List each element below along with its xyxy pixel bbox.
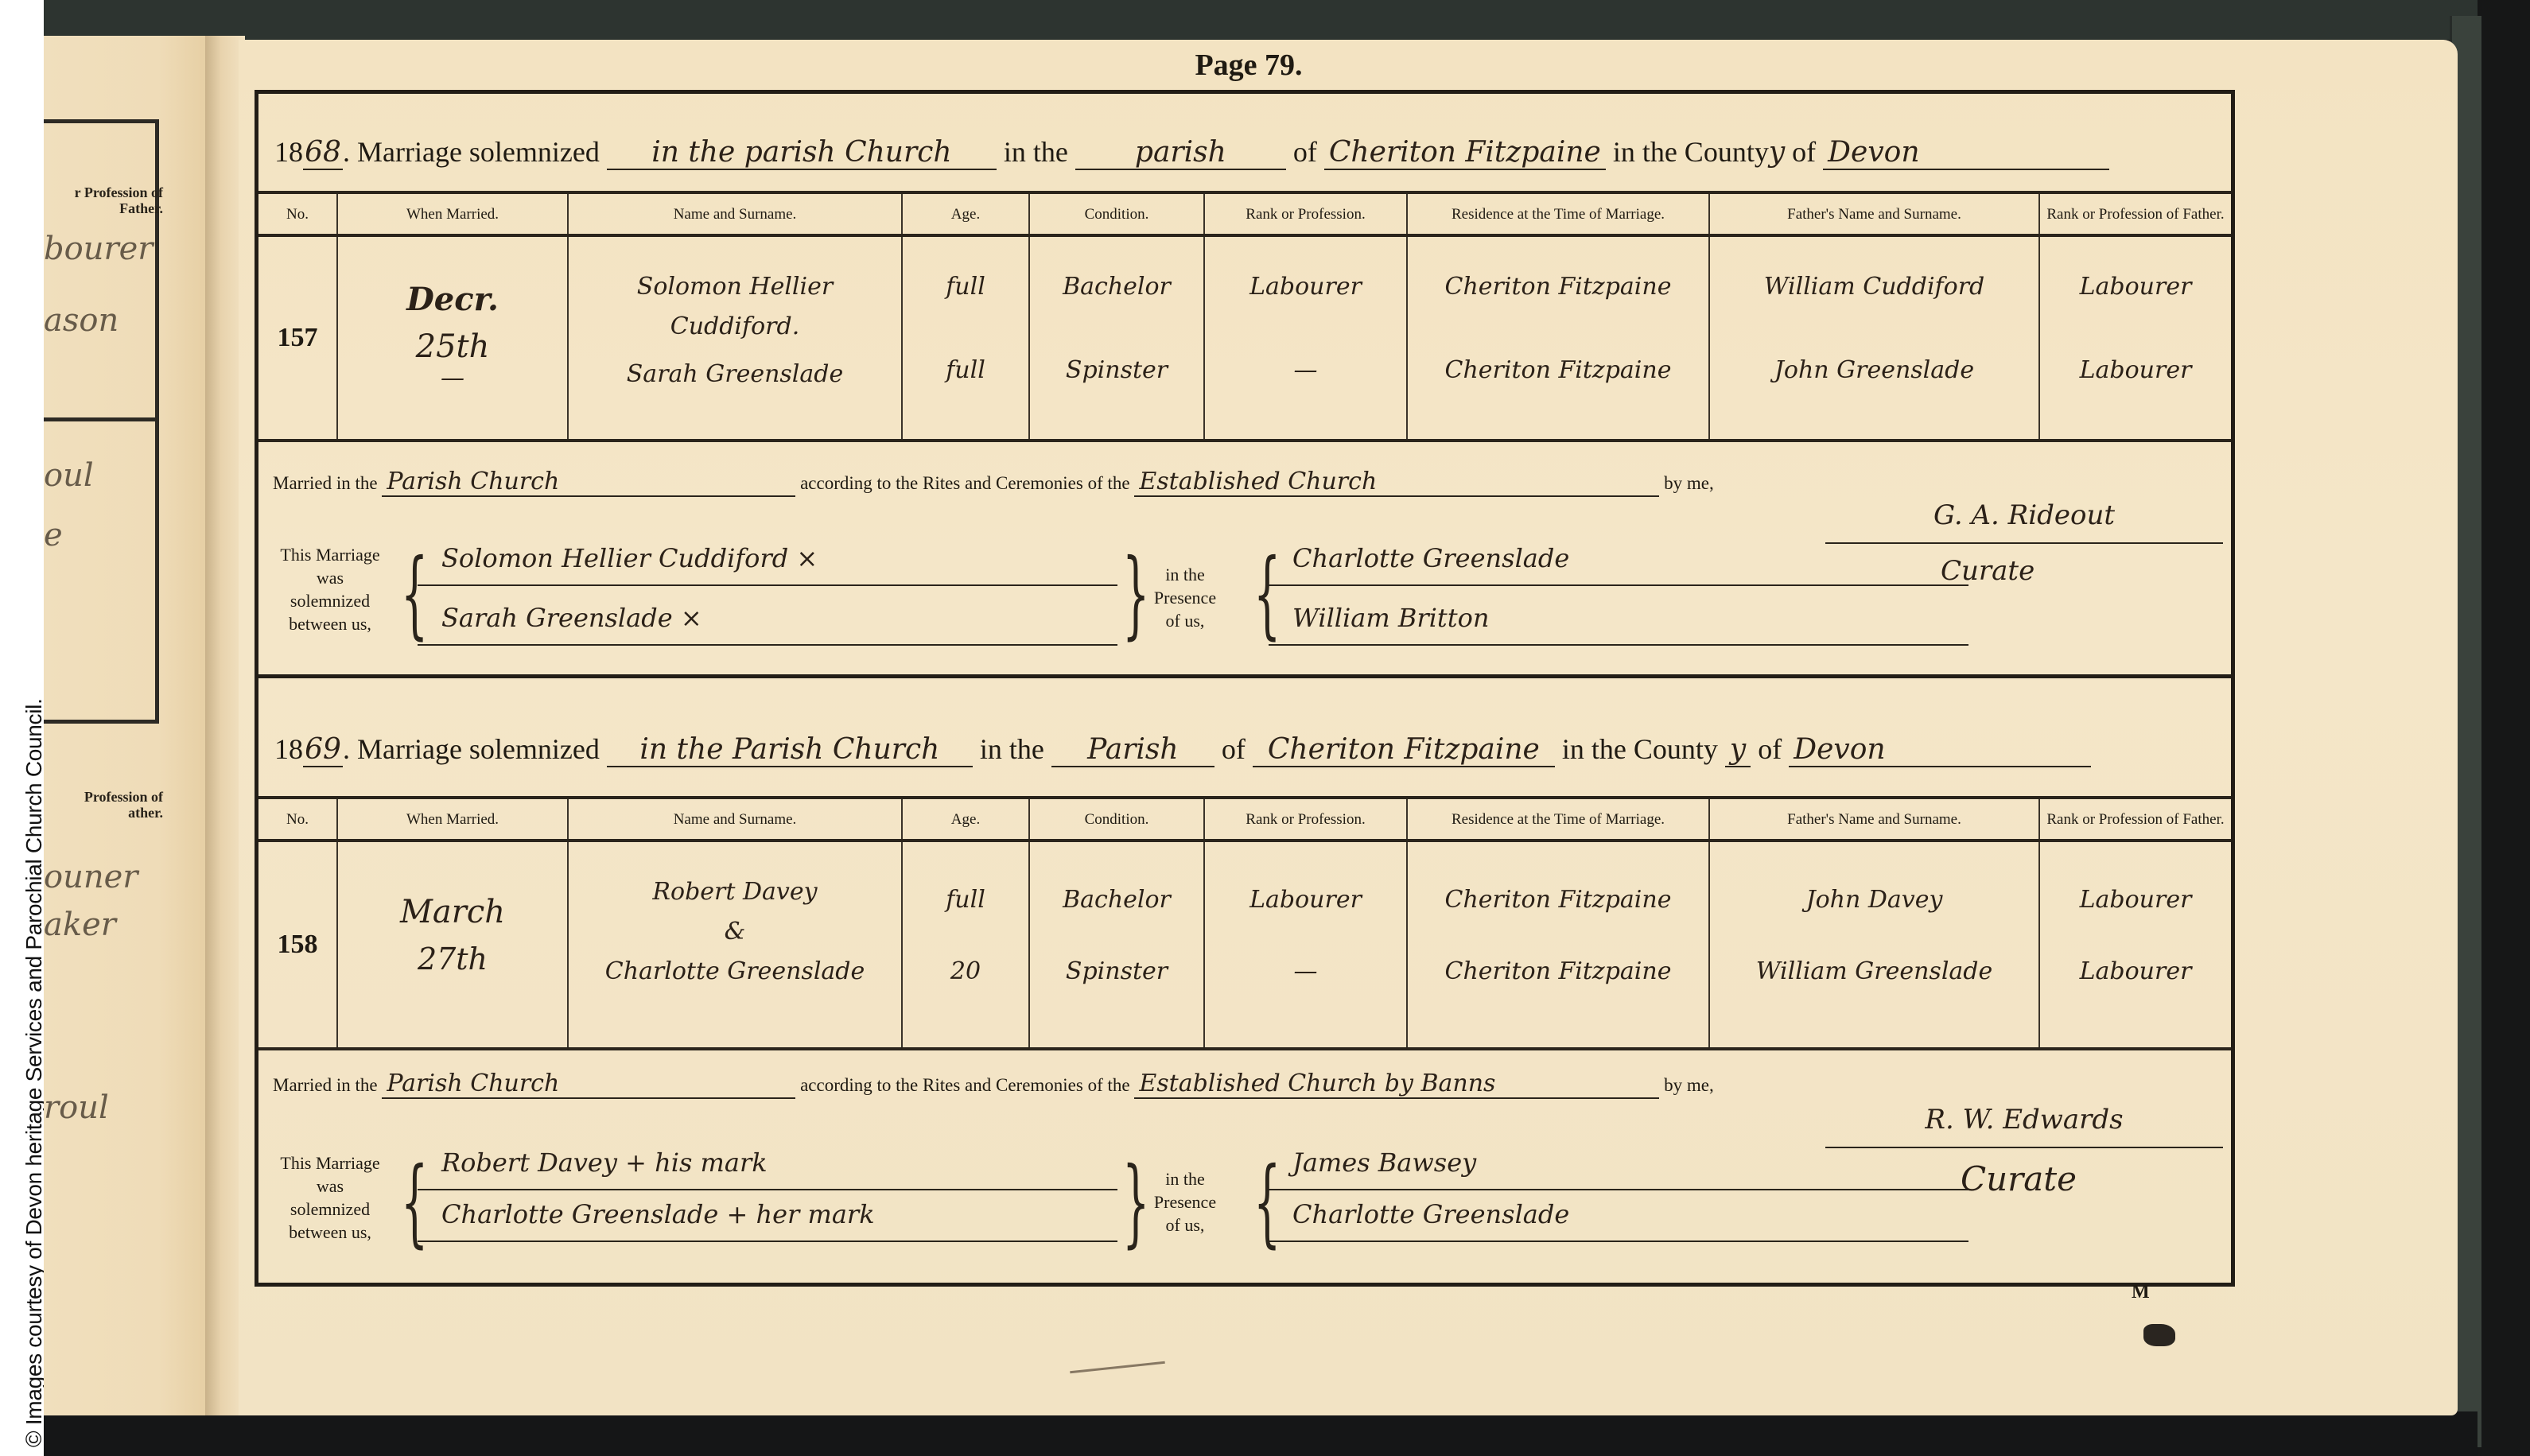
when-married-cell: March 27th	[338, 842, 569, 1047]
place-type: parish	[1075, 136, 1286, 170]
left-page-handwriting: e	[44, 517, 63, 553]
ink-blot	[2143, 1324, 2175, 1346]
column-header-father-name: Father's Name and Surname.	[1710, 194, 2038, 234]
column-header-age: Age.	[903, 194, 1028, 234]
party-signature: Charlotte Greenslade + her mark	[418, 1199, 1117, 1242]
when-married-cell: Decr. 25th —	[338, 237, 569, 439]
column-header-father-rank: Rank or Profession of Father.	[2040, 799, 2231, 839]
in-presence-label: in the Presence of us,	[1141, 1167, 1229, 1237]
rank-cell: Labourer —	[1205, 237, 1408, 439]
left-page-column-header: r Profession of Father.	[44, 184, 163, 216]
married-in-place: Parish Church	[382, 1070, 795, 1099]
left-page-handwriting: roul	[44, 1089, 109, 1126]
married-in-line: Married in the Parish Church according t…	[273, 1070, 1714, 1099]
in-presence-label: in the Presence of us,	[1141, 563, 1229, 632]
solemnized-location: in the parish Church	[607, 136, 997, 170]
party-signature: Robert Davey + his mark	[418, 1147, 1117, 1190]
column-header-residence: Residence at the Time of Marriage.	[1408, 799, 1708, 839]
signature-mark: M	[2132, 1282, 2150, 1303]
marriage-entry: 1868. Marriage solemnized in the parish …	[255, 90, 2235, 674]
county-name: Devon	[1789, 733, 2091, 767]
minister-signature: G. A. Rideout	[1825, 499, 2223, 544]
witness-signature: James Bawsey	[1269, 1147, 1968, 1190]
left-page-column-header: Profession of ather.	[44, 789, 163, 821]
witness-signature: Charlotte Greenslade	[1269, 1199, 1968, 1242]
rank-cell: Labourer —	[1205, 842, 1408, 1047]
party-signature: Sarah Greenslade ×	[418, 603, 1117, 646]
column-header-residence: Residence at the Time of Marriage.	[1408, 194, 1708, 234]
place-type: Parish	[1051, 733, 1214, 767]
father-name-cell: John Davey William Greenslade	[1710, 842, 2040, 1047]
column-header-when-married: When Married.	[338, 799, 567, 839]
party-signature: Solomon Hellier Cuddiford ×	[418, 543, 1117, 586]
father-rank-cell: Labourer Labourer	[2040, 842, 2231, 1047]
column-header-condition: Condition.	[1030, 194, 1203, 234]
column-header-father-rank: Rank or Profession of Father.	[2040, 194, 2231, 234]
column-header-no: No.	[258, 799, 336, 839]
county-name: Devon	[1823, 136, 2109, 170]
residence-cell: Cheriton Fitzpaine Cheriton Fitzpaine	[1408, 237, 1710, 439]
year-suffix: 68	[303, 136, 343, 170]
register-table-header: No. When Married. Name and Surname. Age.…	[258, 796, 2231, 842]
column-header-when-married: When Married.	[338, 194, 567, 234]
rites-of: Established Church	[1134, 468, 1659, 497]
left-page-handwriting: oul	[44, 457, 94, 494]
page-number: Page 79.	[1169, 48, 1328, 83]
witness-signature: Charlotte Greenslade	[1269, 543, 1968, 586]
parish-name: Cheriton Fitzpaine	[1253, 733, 1555, 767]
entry-title: 1868. Marriage solemnized in the parish …	[274, 135, 2109, 170]
minister-signature: R. W. Edwards	[1825, 1104, 2223, 1148]
residence-cell: Cheriton Fitzpaine Cheriton Fitzpaine	[1408, 842, 1710, 1047]
married-in-place: Parish Church	[382, 468, 795, 497]
left-page-handwriting: bourer	[44, 231, 153, 267]
this-marriage-label: This Marriage was solemnized between us,	[262, 543, 398, 635]
age-cell: full full	[903, 237, 1030, 439]
register-table-row: 158 March 27th Robert Davey & Charlotte …	[258, 842, 2231, 1050]
register-table-row: 157 Decr. 25th — Solomon Hellier Cuddifo…	[258, 237, 2231, 442]
married-in-line: Married in the Parish Church according t…	[273, 468, 1714, 497]
witness-signature: William Britton	[1269, 603, 1968, 646]
column-header-rank: Rank or Profession.	[1205, 799, 1406, 839]
condition-cell: Bachelor Spinster	[1030, 842, 1205, 1047]
book-cover-top-edge	[44, 0, 2478, 40]
left-page-handwriting: aker	[44, 907, 116, 943]
column-header-no: No.	[258, 194, 336, 234]
rites-of: Established Church by Banns	[1134, 1070, 1659, 1099]
entry-number: 158	[258, 842, 336, 1047]
minister-title: Curate	[1961, 1159, 2077, 1198]
entry-title: 1869. Marriage solemnized in the Parish …	[274, 732, 2091, 767]
marriage-entry: 1869. Marriage solemnized in the Parish …	[255, 674, 2235, 1287]
name-cell: Robert Davey & Charlotte Greenslade	[569, 842, 903, 1047]
book-cover-bottom-edge	[44, 1411, 2478, 1456]
father-name-cell: William Cuddiford John Greenslade	[1710, 237, 2040, 439]
age-cell: full 20	[903, 842, 1030, 1047]
left-page-handwriting: ouner	[44, 859, 138, 895]
left-page-handwriting: ason	[44, 302, 119, 339]
parish-name: Cheriton Fitzpaine	[1324, 136, 1606, 170]
entry-number: 157	[258, 237, 336, 439]
year-suffix: 69	[303, 733, 343, 767]
this-marriage-label: This Marriage was solemnized between us,	[262, 1151, 398, 1244]
column-header-condition: Condition.	[1030, 799, 1203, 839]
column-header-name: Name and Surname.	[569, 194, 901, 234]
column-header-father-name: Father's Name and Surname.	[1710, 799, 2038, 839]
condition-cell: Bachelor Spinster	[1030, 237, 1205, 439]
column-header-name: Name and Surname.	[569, 799, 901, 839]
register-table-header: No. When Married. Name and Surname. Age.…	[258, 191, 2231, 237]
name-cell: Solomon Hellier Cuddiford. Sarah Greensl…	[569, 237, 903, 439]
column-header-rank: Rank or Profession.	[1205, 194, 1406, 234]
father-rank-cell: Labourer Labourer	[2040, 237, 2231, 439]
solemnized-location: in the Parish Church	[607, 733, 973, 767]
column-header-age: Age.	[903, 799, 1028, 839]
left-page-entry-box	[44, 119, 159, 421]
